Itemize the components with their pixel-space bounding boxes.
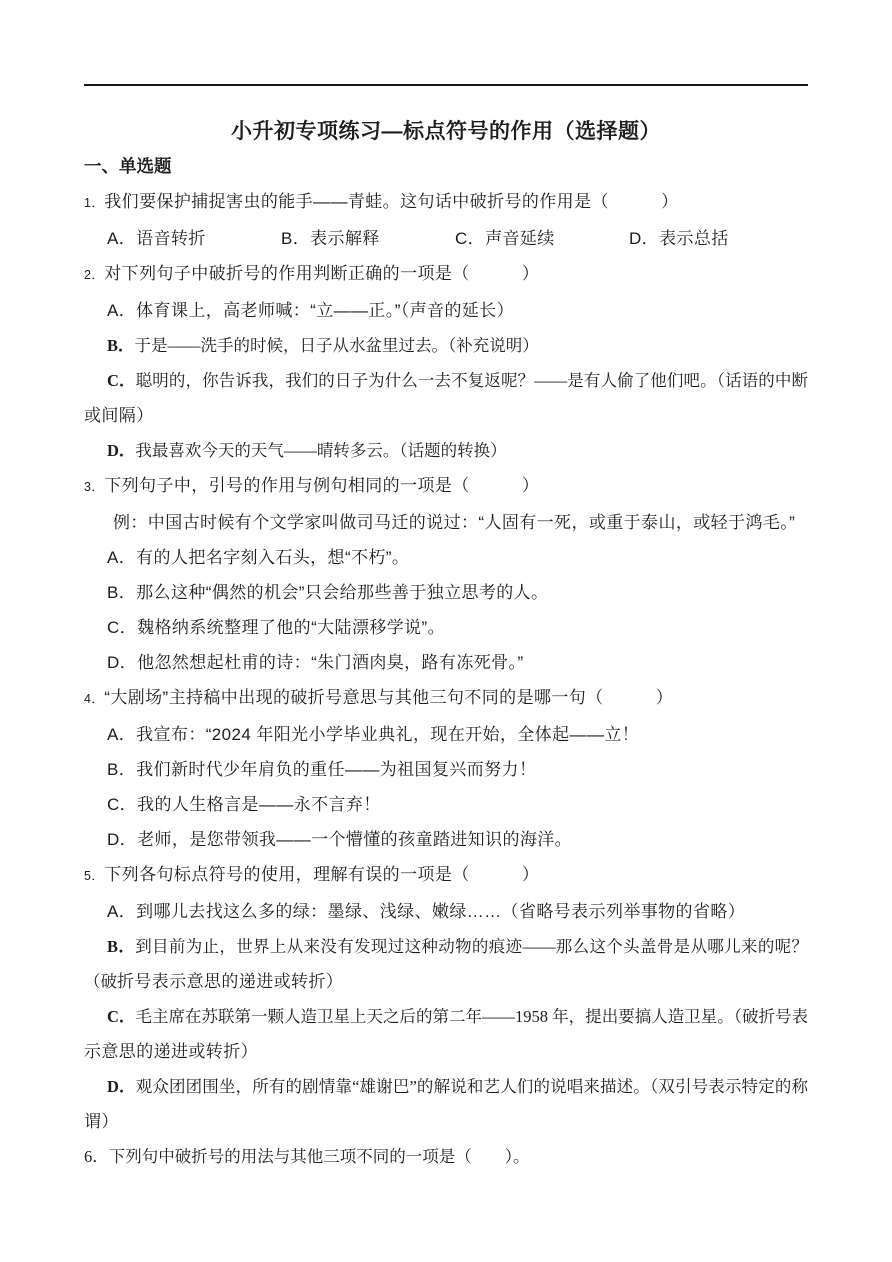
stem-text: 下列句子中，引号的作用与例句相同的一项是（ ） — [104, 476, 539, 495]
option-A: A．体育课上，高老师喊：“立——正。”（声音的延长） — [84, 293, 808, 328]
option-text: 魏格纳系统整理了他的“大陆漂移学说”。 — [137, 618, 445, 637]
option-label: B． — [107, 583, 136, 602]
option-B: B．到目前为止，世界上从来没有发现过这种动物的痕迹——那么这个头盖骨是从哪儿来的… — [84, 929, 808, 999]
option-A: A．有的人把名字刻入石头，想“不朽”。 — [84, 540, 808, 575]
option-label: D． — [629, 229, 659, 248]
option-text: 示意思的递进或转折） — [84, 1042, 258, 1061]
option-C: C．毛主席在苏联第一颗人造卫星上天之后的第二年——1958 年，提出要搞人造卫星… — [84, 999, 808, 1069]
option-text: 到哪儿去找这么多的绿：墨绿、浅绿、嫩绿……（省略号表示列举事物的省略） — [136, 902, 745, 921]
question-number: 5． — [84, 869, 104, 883]
option-label: C． — [107, 618, 137, 637]
stem-text: 下列各句标点符号的使用，理解有误的一项是（ ） — [104, 865, 539, 884]
question-list: 1．我们要保护捕捉害虫的能手——青蛙。这句话中破折号的作用是（ ）A．语音转折B… — [84, 184, 808, 1174]
option-D: D．他忽然想起杜甫的诗：“朱门酒肉臭，路有冻死骨。” — [84, 645, 808, 680]
option-text: 我最喜欢今天的天气——晴转多云。（话题的转换） — [135, 441, 506, 460]
option-C: C．魏格纳系统整理了他的“大陆漂移学说”。 — [84, 610, 808, 645]
question-2: 2．对下列句子中破折号的作用判断正确的一项是（ ）A．体育课上，高老师喊：“立—… — [84, 256, 808, 468]
option-label: A． — [107, 725, 136, 744]
option-B: B．那么这种“偶然的机会”只会给那些善于独立思考的人。 — [84, 575, 808, 610]
section-heading: 一、单选题 — [84, 149, 808, 184]
option-B: B．于是——洗手的时候，日子从水盆里过去。（补充说明） — [84, 328, 808, 363]
option-A: A．到哪儿去找这么多的绿：墨绿、浅绿、嫩绿……（省略号表示列举事物的省略） — [84, 894, 808, 929]
option-text: 我们新时代少年肩负的重任——为祖国复兴而努力！ — [136, 760, 536, 779]
stem-text: 下列句中破折号的用法与其他三项不同的一项是（ ）。 — [109, 1147, 530, 1166]
option-text: 我的人生格言是——永不言弃！ — [137, 795, 381, 814]
option-label: A． — [107, 902, 136, 921]
option-label: C． — [107, 795, 137, 814]
option-label: B． — [107, 760, 136, 779]
option-text: 老师，是您带领我——一个懵懂的孩童踏进知识的海洋。 — [137, 830, 572, 849]
option-text: 表示总括 — [659, 229, 729, 248]
stem-text: “大剧场”主持稿中出现的破折号意思与其他三句不同的是哪一句（ ） — [104, 688, 673, 707]
question-stem: 2．对下列句子中破折号的作用判断正确的一项是（ ） — [84, 256, 808, 293]
question-stem: 1．我们要保护捕捉害虫的能手——青蛙。这句话中破折号的作用是（ ） — [84, 184, 808, 221]
option-label: B． — [107, 937, 135, 956]
question-3: 3．下列句子中，引号的作用与例句相同的一项是（ ）例：中国古时候有个文学家叫做司… — [84, 468, 808, 680]
option-B: B．我们新时代少年肩负的重任——为祖国复兴而努力！ — [84, 752, 808, 787]
page-title: 小升初专项练习—标点符号的作用（选择题） — [84, 114, 808, 149]
question-number: 2． — [84, 268, 104, 282]
option-text: 谓） — [84, 1112, 119, 1131]
option-text: 聪明的，你告诉我，我们的日子为什么一去不复返呢？——是有人偷了他们吧。（话语的中… — [136, 371, 808, 390]
option-D: D．表示总括 — [629, 221, 729, 256]
option-label: C． — [107, 371, 136, 390]
question-6: 6．下列句中破折号的用法与其他三项不同的一项是（ ）。 — [84, 1139, 808, 1174]
question-stem: 5．下列各句标点符号的使用，理解有误的一项是（ ） — [84, 857, 808, 894]
option-label: C． — [455, 229, 485, 248]
question-5: 5．下列各句标点符号的使用，理解有误的一项是（ ）A．到哪儿去找这么多的绿：墨绿… — [84, 857, 808, 1139]
example-line: 例：中国古时候有个文学家叫做司马迁的说过：“人固有一死，或重于泰山，或轻于鸿毛。… — [84, 505, 808, 540]
option-D: D．观众团团围坐，所有的剧情靠“雄谢巴”的解说和艺人们的说唱来描述。（双引号表示… — [84, 1069, 808, 1139]
question-stem: 6．下列句中破折号的用法与其他三项不同的一项是（ ）。 — [84, 1139, 808, 1174]
option-A: A．我宣布：“2024 年阳光小学毕业典礼，现在开始，全体起——立！ — [84, 717, 808, 752]
question-number: 3． — [84, 480, 104, 494]
question-4: 4．“大剧场”主持稿中出现的破折号意思与其他三句不同的是哪一句（ ）A．我宣布：… — [84, 680, 808, 857]
option-text: 或间隔） — [84, 406, 154, 425]
question-stem: 3．下列句子中，引号的作用与例句相同的一项是（ ） — [84, 468, 808, 505]
option-C: C．聪明的，你告诉我，我们的日子为什么一去不复返呢？——是有人偷了他们吧。（话语… — [84, 363, 808, 433]
option-text: 他忽然想起杜甫的诗：“朱门酒肉臭，路有冻死骨。” — [137, 653, 523, 672]
option-C: C．声音延续 — [455, 221, 629, 256]
question-number: 4． — [84, 692, 104, 706]
option-label: D． — [107, 441, 135, 460]
option-text: 有的人把名字刻入石头，想“不朽”。 — [136, 548, 409, 567]
option-label: D． — [107, 1077, 136, 1096]
header-rule — [84, 84, 808, 86]
option-text: 观众团团围坐，所有的剧情靠“雄谢巴”的解说和艺人们的说唱来描述。（双引号表示特定… — [136, 1077, 808, 1096]
option-C: C．我的人生格言是——永不言弃！ — [84, 787, 808, 822]
option-text: 折号表示意思的递进或转折） — [117, 972, 343, 991]
option-label: A． — [107, 548, 136, 567]
option-text: 于是——洗手的时候，日子从水盆里过去。（补充说明） — [135, 336, 539, 355]
option-D: D．我最喜欢今天的天气——晴转多云。（话题的转换） — [84, 433, 808, 468]
example-text: 例：中国古时候有个文学家叫做司马迁的说过：“人固有一死，或重于泰山，或轻于鸿毛。… — [113, 513, 795, 532]
option-text: 语音转折 — [136, 229, 206, 248]
option-A: A．语音转折 — [107, 221, 281, 256]
option-label: A． — [107, 229, 136, 248]
question-stem: 4．“大剧场”主持稿中出现的破折号意思与其他三句不同的是哪一句（ ） — [84, 680, 808, 717]
option-text: 体育课上，高老师喊：“立——正。”（声音的延长） — [136, 301, 514, 320]
option-label: A． — [107, 301, 136, 320]
option-text: 声音延续 — [485, 229, 555, 248]
options-row: A．语音转折B．表示解释C．声音延续D．表示总括 — [84, 221, 808, 256]
option-text: 毛主席在苏联第一颗人造卫星上天之后的第二年——1958 年，提出要搞人造卫星。（… — [135, 1007, 808, 1026]
stem-text: 对下列句子中破折号的作用判断正确的一项是（ ） — [104, 264, 539, 283]
option-label: D． — [107, 653, 137, 672]
option-text: 那么这种“偶然的机会”只会给那些善于独立思考的人。 — [136, 583, 548, 602]
option-label: C． — [107, 1007, 135, 1026]
option-label: B． — [107, 336, 135, 355]
document-page: 小升初专项练习—标点符号的作用（选择题） 一、单选题 1．我们要保护捕捉害虫的能… — [0, 84, 892, 1174]
question-number: 1． — [84, 196, 104, 210]
option-label: D． — [107, 830, 137, 849]
option-text: 表示解释 — [310, 229, 380, 248]
question-1: 1．我们要保护捕捉害虫的能手——青蛙。这句话中破折号的作用是（ ）A．语音转折B… — [84, 184, 808, 256]
option-text: 我宣布：“2024 年阳光小学毕业典礼，现在开始，全体起——立！ — [136, 725, 639, 744]
option-label: B． — [281, 229, 310, 248]
stem-text: 我们要保护捕捉害虫的能手——青蛙。这句话中破折号的作用是（ ） — [104, 192, 678, 211]
question-number: 6． — [84, 1147, 109, 1166]
option-D: D．老师，是您带领我——一个懵懂的孩童踏进知识的海洋。 — [84, 822, 808, 857]
option-B: B．表示解释 — [281, 221, 455, 256]
